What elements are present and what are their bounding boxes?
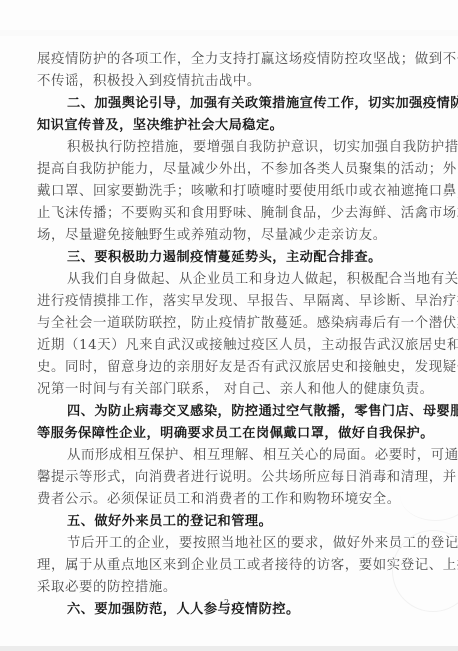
page-number: 2 xyxy=(224,598,229,607)
scan-artifact xyxy=(0,30,458,36)
paragraph-line: 理，属于从重点地区来到企业员工或者接待的访客，要如实登记、上报并 xyxy=(37,555,419,577)
document-body: 展疫情防护的各项工作，全力支持打赢这场疫情防控攻坚战；做到不信谣、不传谣，积极投… xyxy=(37,49,419,621)
paragraph-line: 积极执行防控措施，要增强自我防护意识，切实加强自我防护措施， xyxy=(37,137,419,159)
page-bottom-edge xyxy=(0,646,458,651)
paragraph-line: 从而形成相互保护、相互理解、相互关心的局面。必要时，可通过温 xyxy=(37,445,419,467)
paragraph-line: 馨提示等形式，向消费者进行说明。公共场所应每日消毒和清理，并向消 xyxy=(37,467,419,489)
section-heading-line: 五、做好外来员工的登记和管理。 xyxy=(37,511,419,533)
paragraph-line: 不传谣，积极投入到疫情抗击战中。 xyxy=(37,71,419,93)
paragraph-line: 展疫情防护的各项工作，全力支持打赢这场疫情防控攻坚战；做到不信谣、 xyxy=(37,49,419,71)
section-heading-line: 三、要积极助力遏制疫情蔓延势头，主动配合排查。 xyxy=(37,247,419,269)
section-heading-line: 四、为防止病毒交叉感染，防控通过空气散播，零售门店、母婴服务 xyxy=(37,401,419,423)
paragraph-line: 采取必要的防控措施。 xyxy=(37,577,419,599)
paragraph-line: 况第一时间与有关部门联系， 对自己、亲人和他人的健康负责。 xyxy=(37,379,419,401)
paragraph-line: 戴口罩、回家要勤洗手；咳嗽和打喷嚏时要使用纸巾或衣袖遮掩口鼻，防 xyxy=(37,181,419,203)
paragraph-line: 止飞沫传播；不要购买和食用野味、腌制食品，少去海鲜、活禽市场或农 xyxy=(37,203,419,225)
paragraph-line: 从我们自身做起、从企业员工和身边人做起，积极配合当地有关部门 xyxy=(37,269,419,291)
paragraph-line: 提高自我防护能力，尽量减少外出，不参加各类人员聚集的活动；外出要 xyxy=(37,159,419,181)
paragraph-line: 史。同时，留意身边的亲朋好友是否有武汉旅居史和接触史，发现疑似情 xyxy=(37,357,419,379)
paragraph-line: 近期（14天）凡来自武汉或接触过疫区人员，主动报告武汉旅居史和接触 xyxy=(37,335,419,357)
paragraph-line: 节后开工的企业，要按照当地社区的要求，做好外来员工的登记和管 xyxy=(37,533,419,555)
paragraph-line: 进行疫情摸排工作，落实早发现、早报告、早隔离、早诊断、早治疗措施， xyxy=(37,291,419,313)
paragraph-line: 与全社会一道联防联控，防止疫情扩散蔓延。感染病毒后有一个潜伏期， xyxy=(37,313,419,335)
section-heading-line: 知识宣传普及，坚决维护社会大局稳定。 xyxy=(37,115,419,137)
section-heading-line: 二、加强舆论引导，加强有关政策措施宣传工作，切实加强疫情防治 xyxy=(37,93,419,115)
paragraph-line: 费者公示。必须保证员工和消费者的工作和购物环境安全。 xyxy=(37,489,419,511)
paragraph-line: 场，尽量避免接触野生或养殖动物，尽量减少走亲访友。 xyxy=(37,225,419,247)
document-page: 展疫情防护的各项工作，全力支持打赢这场疫情防控攻坚战；做到不信谣、不传谣，积极投… xyxy=(0,0,458,646)
section-heading-line: 等服务保障性企业，明确要求员工在岗佩戴口罩，做好自我保护。 xyxy=(37,423,419,445)
